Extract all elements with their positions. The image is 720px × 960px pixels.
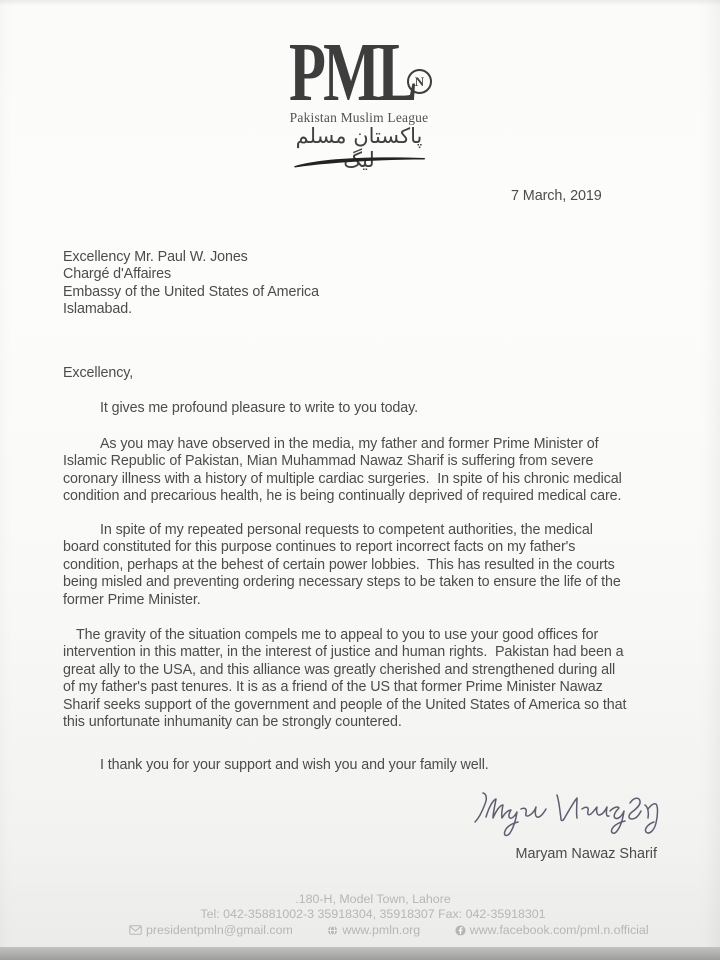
signer-name: Maryam Nawaz Sharif [515, 846, 657, 862]
paragraph-1: It gives me profound pleasure to write t… [63, 400, 688, 417]
body-line: being misled and preventing ordering nec… [63, 574, 688, 591]
footer-links: presidentpmln@gmail.com www.pmln.org www… [0, 923, 720, 937]
body-line: former Prime Minister. [63, 592, 688, 609]
body-line: The gravity of the situation compels me … [63, 627, 688, 644]
body-line: As you may have observed in the media, m… [63, 436, 688, 453]
footer-email: presidentpmln@gmail.com [146, 923, 293, 937]
footer-facebook-segment: www.facebook.com/pml.n.official [427, 923, 648, 937]
footer-email-segment: presidentpmln@gmail.com [101, 923, 292, 937]
pml-wordmark: PML [289, 40, 415, 106]
body-line: coronary illness with a history of multi… [63, 471, 688, 488]
body-line: Islamic Republic of Pakistan, Mian Muham… [63, 453, 688, 470]
recipient-address: Excellency Mr. Paul W. Jones Chargé d'Af… [63, 249, 319, 319]
envelope-icon [101, 925, 142, 935]
salutation: Excellency, [63, 365, 133, 382]
footer-facebook: www.facebook.com/pml.n.official [470, 923, 649, 937]
globe-icon [300, 925, 339, 936]
letter-page: PML N Pakistan Muslim League پاکستان مسل… [0, 0, 720, 960]
body-line: I thank you for your support and wish yo… [63, 757, 688, 774]
footer-website: www.pmln.org [342, 923, 420, 937]
body-line: of my father's past tenures. It is as a … [63, 679, 688, 696]
footer-contact: Tel: 042-35881002-3 35918304, 35918307 F… [0, 907, 720, 921]
facebook-icon [427, 925, 466, 936]
body-line: In spite of my repeated personal request… [63, 522, 688, 539]
paragraph-5: I thank you for your support and wish yo… [63, 757, 688, 774]
footer-address: .180-H, Model Town, Lahore [0, 892, 720, 906]
body-line: board constituted for this purpose conti… [63, 539, 688, 556]
scan-bottom-edge [0, 947, 720, 960]
paragraph-2: As you may have observed in the media, m… [63, 436, 688, 506]
logo-swoosh-underline [292, 155, 428, 174]
paragraph-3: In spite of my repeated personal request… [63, 522, 688, 609]
body-line: great ally to the USA, and this alliance… [63, 662, 688, 679]
letter-date: 7 March, 2019 [511, 188, 602, 205]
handwritten-signature [462, 785, 662, 844]
body-line: condition and precarious health, he is b… [63, 488, 688, 505]
body-line: this unfortunate inhumanity can be stron… [63, 714, 688, 731]
circled-n-letter: N [415, 74, 424, 90]
recipient-line: Embassy of the United States of America [63, 284, 319, 301]
recipient-line: Excellency Mr. Paul W. Jones [63, 249, 319, 266]
recipient-line: Islamabad. [63, 301, 319, 318]
body-line: condition, perhaps at the behest of cert… [63, 557, 688, 574]
body-line: Sharif seeks support of the government a… [63, 697, 688, 714]
body-line: intervention in this matter, in the inte… [63, 644, 688, 661]
footer-website-segment: www.pmln.org [300, 923, 420, 937]
circled-n-mark: N [407, 69, 432, 94]
paragraph-4: The gravity of the situation compels me … [63, 627, 688, 731]
body-line: It gives me profound pleasure to write t… [63, 400, 688, 417]
recipient-line: Chargé d'Affaires [63, 266, 319, 283]
